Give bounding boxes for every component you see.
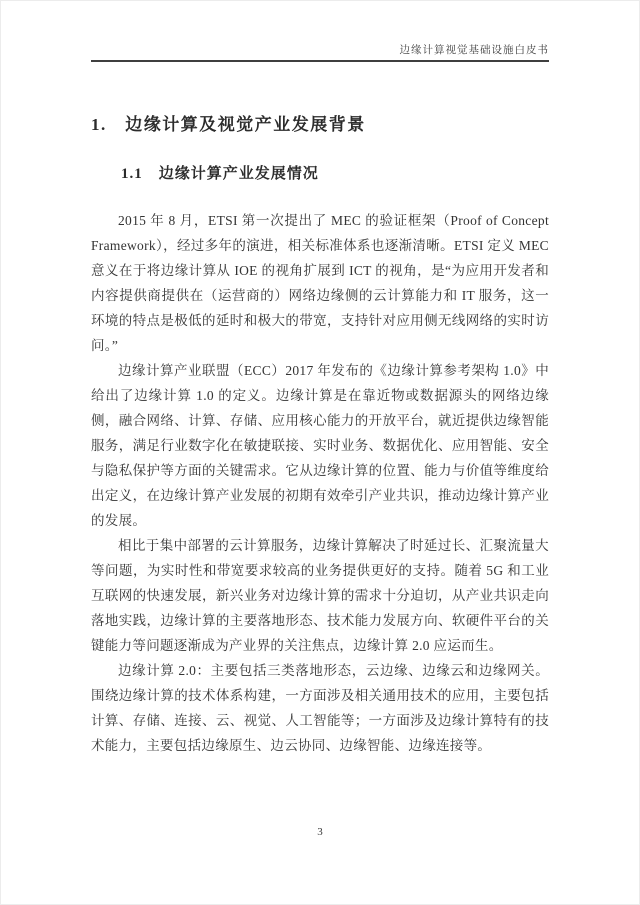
header-title: 边缘计算视觉基础设施白皮书 (400, 45, 550, 56)
paragraph: 相比于集中部署的云计算服务，边缘计算解决了时延过长、汇聚流量大等问题，为实时性和… (91, 533, 549, 658)
document-content: 边缘计算视觉基础设施白皮书 1. 边缘计算及视觉产业发展背景 1.1 边缘计算产… (91, 0, 549, 758)
body-text: 2015 年 8 月，ETSI 第一次提出了 MEC 的验证框架（Proof o… (91, 208, 549, 758)
chapter-heading: 1. 边缘计算及视觉产业发展背景 (91, 110, 549, 135)
paragraph: 边缘计算 2.0：主要包括三类落地形态，云边缘、边缘云和边缘网关。围绕边缘计算的… (91, 658, 549, 758)
page-footer: 3 (0, 826, 640, 838)
section-heading: 1.1 边缘计算产业发展情况 (121, 162, 549, 183)
document-page: { "document": { "header": "边缘计算视觉基础设施白皮书… (0, 0, 640, 905)
paragraph: 边缘计算产业联盟（ECC）2017 年发布的《边缘计算参考架构 1.0》中给出了… (91, 358, 549, 533)
page-header: 边缘计算视觉基础设施白皮书 (91, 0, 549, 62)
paragraph: 2015 年 8 月，ETSI 第一次提出了 MEC 的验证框架（Proof o… (91, 208, 549, 358)
page-number: 3 (317, 826, 323, 838)
